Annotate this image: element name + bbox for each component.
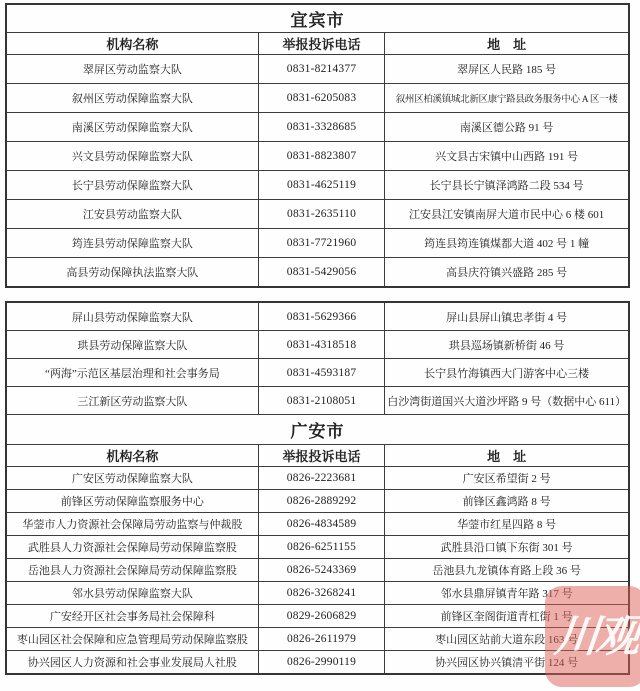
table-row: 前锋区劳动保障监察服务中心 0826-2889292 前锋区鑫鸿路 8 号 [6, 490, 629, 513]
org-name-cell: 珙县劳动保障监察大队 [6, 331, 258, 359]
table-row: 叙州区劳动保障监察大队 0831-6205083 叙州区柏溪镇城北新区康宁路县政… [6, 84, 629, 113]
address-cell: 翠屏区人民路 185 号 [385, 55, 629, 84]
org-name-cell: 高县劳动保障执法监察大队 [6, 258, 258, 288]
org-name-cell: 枣山园区社会保障和应急管理局劳动保障监察股 [6, 628, 258, 651]
phone-cell: 0831-8823807 [258, 142, 384, 171]
phone-cell: 0831-8214377 [258, 55, 384, 84]
address-cell: 兴文县古宋镇中山西路 191 号 [385, 142, 629, 171]
org-name-cell: 广安经开区社会事务局社会保障科 [6, 605, 258, 628]
header-phone: 举报投诉电话 [258, 445, 384, 467]
address-cell: 南溪区德公路 91 号 [385, 113, 629, 142]
header-address: 地 址 [385, 33, 629, 55]
table-row: 南溪区劳动保障监察大队 0831-3328685 南溪区德公路 91 号 [6, 113, 629, 142]
phone-cell: 0831-2635110 [258, 200, 384, 229]
phone-cell: 0826-4834589 [258, 513, 384, 536]
address-cell: 筠连县筠连镇煤都大道 402 号 1 幢 [385, 229, 629, 258]
address-cell: 华蓥市红星四路 8 号 [385, 513, 629, 536]
phone-cell: 0826-2990119 [258, 651, 384, 675]
city-title-row: 广安市 [6, 415, 629, 445]
header-row: 机构名称 举报投诉电话 地 址 [6, 445, 629, 467]
guangan-city-title: 广安市 [6, 415, 629, 445]
table-row: 华蓥市人力资源社会保障局劳动监察与仲裁股 0826-4834589 华蓥市红星四… [6, 513, 629, 536]
phone-cell: 0831-5429056 [258, 258, 384, 288]
address-cell: 珙县巡场镇新桥街 46 号 [385, 331, 629, 359]
address-cell: 邻水县鼎屏镇青年路 317 号 [385, 582, 629, 605]
address-cell: 屏山县屏山镇忠孝街 4 号 [385, 302, 629, 331]
header-org-name: 机构名称 [6, 445, 258, 467]
phone-cell: 0831-4318518 [258, 331, 384, 359]
org-name-cell: 协兴园区人力资源和社会事业发展局人社股 [6, 651, 258, 675]
document-sheet: 宜宾市 机构名称 举报投诉电话 地 址 翠屏区劳动监察大队 0831-82143… [0, 0, 640, 675]
table-row: 邻水县劳动保障监察大队 0826-3268241 邻水县鼎屏镇青年路 317 号 [6, 582, 629, 605]
table-gap [5, 288, 640, 301]
phone-cell: 0826-6251155 [258, 536, 384, 559]
phone-cell: 0826-2889292 [258, 490, 384, 513]
yibin-table-part1: 宜宾市 机构名称 举报投诉电话 地 址 翠屏区劳动监察大队 0831-82143… [5, 3, 630, 288]
city-title-row: 宜宾市 [6, 4, 629, 33]
address-cell: 协兴园区协兴镇清平街 124 号 [385, 651, 629, 675]
table-row: 兴文县劳动保障监察大队 0831-8823807 兴文县古宋镇中山西路 191 … [6, 142, 629, 171]
table-row: 珙县劳动保障监察大队 0831-4318518 珙县巡场镇新桥街 46 号 [6, 331, 629, 359]
table-row: 长宁县劳动保障监察大队 0831-4625119 长宁县长宁镇泽鸿路二段 534… [6, 171, 629, 200]
yibin-city-title: 宜宾市 [6, 4, 629, 33]
table-row: 三江新区劳动监察大队 0831-2108051 白沙湾街道国兴大道沙坪路 9 号… [6, 387, 629, 415]
org-name-cell: 岳池县人力资源社会保障局劳动保障监察股 [6, 559, 258, 582]
phone-cell: 0826-2223681 [258, 467, 384, 490]
phone-cell: 0826-3268241 [258, 582, 384, 605]
phone-cell: 0831-2108051 [258, 387, 384, 415]
org-name-cell: 广安区劳动保障监察大队 [6, 467, 258, 490]
address-cell: 广安区希望街 2 号 [385, 467, 629, 490]
address-cell: 江安县江安镇南屏大道市民中心 6 楼 601 [385, 200, 629, 229]
address-cell: 长宁县长宁镇泽鸿路二段 534 号 [385, 171, 629, 200]
table-row: 广安经开区社会事务局社会保障科 0829-2606829 前锋区奎阁街道青杠街 … [6, 605, 629, 628]
table-row: 广安区劳动保障监察大队 0826-2223681 广安区希望街 2 号 [6, 467, 629, 490]
header-row: 机构名称 举报投诉电话 地 址 [6, 33, 629, 55]
table-row: 协兴园区人力资源和社会事业发展局人社股 0826-2990119 协兴园区协兴镇… [6, 651, 629, 675]
table-row: “两海”示范区基层治理和社会事务局 0831-4593187 长宁县竹海镇西大门… [6, 359, 629, 387]
phone-cell: 0826-2611979 [258, 628, 384, 651]
header-address: 地 址 [385, 445, 629, 467]
phone-cell: 0829-2606829 [258, 605, 384, 628]
org-name-cell: 长宁县劳动保障监察大队 [6, 171, 258, 200]
table-row: 枣山园区社会保障和应急管理局劳动保障监察股 0826-2611979 枣山园区站… [6, 628, 629, 651]
org-name-cell: 前锋区劳动保障监察服务中心 [6, 490, 258, 513]
address-cell: 枣山园区站前大道东段 163 号 [385, 628, 629, 651]
phone-cell: 0831-4593187 [258, 359, 384, 387]
phone-cell: 0826-5243369 [258, 559, 384, 582]
org-name-cell: 筠连县劳动保障监察大队 [6, 229, 258, 258]
org-name-cell: 南溪区劳动保障监察大队 [6, 113, 258, 142]
table-image-page: { "yibin": { "title": "宜宾市", "headers": … [0, 0, 640, 691]
org-name-cell: 邻水县劳动保障监察大队 [6, 582, 258, 605]
table-row: 屏山县劳动保障监察大队 0831-5629366 屏山县屏山镇忠孝街 4 号 [6, 302, 629, 331]
header-org-name: 机构名称 [6, 33, 258, 55]
phone-cell: 0831-5629366 [258, 302, 384, 331]
address-cell: 高县庆符镇兴盛路 285 号 [385, 258, 629, 288]
table-row: 筠连县劳动保障监察大队 0831-7721960 筠连县筠连镇煤都大道 402 … [6, 229, 629, 258]
phone-cell: 0831-6205083 [258, 84, 384, 113]
org-name-cell: 江安县劳动监察大队 [6, 200, 258, 229]
org-name-cell: 武胜县人力资源社会保障局劳动保障监察股 [6, 536, 258, 559]
phone-cell: 0831-4625119 [258, 171, 384, 200]
org-name-cell: “两海”示范区基层治理和社会事务局 [6, 359, 258, 387]
address-cell: 白沙湾街道国兴大道沙坪路 9 号（数据中心 611） [385, 387, 629, 415]
address-cell: 前锋区奎阁街道青杠街 1 号 [385, 605, 629, 628]
yibin-part2-and-guangan-table: 屏山县劳动保障监察大队 0831-5629366 屏山县屏山镇忠孝街 4 号 珙… [5, 301, 630, 675]
address-cell: 叙州区柏溪镇城北新区康宁路县政务服务中心 A 区一楼 [385, 84, 629, 113]
address-cell: 长宁县竹海镇西大门游客中心三楼 [385, 359, 629, 387]
table-row: 武胜县人力资源社会保障局劳动保障监察股 0826-6251155 武胜县沿口镇下… [6, 536, 629, 559]
address-cell: 岳池县九龙镇体育路上段 36 号 [385, 559, 629, 582]
org-name-cell: 屏山县劳动保障监察大队 [6, 302, 258, 331]
phone-cell: 0831-7721960 [258, 229, 384, 258]
org-name-cell: 三江新区劳动监察大队 [6, 387, 258, 415]
address-cell: 武胜县沿口镇下东街 301 号 [385, 536, 629, 559]
table-row: 翠屏区劳动监察大队 0831-8214377 翠屏区人民路 185 号 [6, 55, 629, 84]
org-name-cell: 兴文县劳动保障监察大队 [6, 142, 258, 171]
table-row: 岳池县人力资源社会保障局劳动保障监察股 0826-5243369 岳池县九龙镇体… [6, 559, 629, 582]
phone-cell: 0831-3328685 [258, 113, 384, 142]
table-row: 高县劳动保障执法监察大队 0831-5429056 高县庆符镇兴盛路 285 号 [6, 258, 629, 288]
header-phone: 举报投诉电话 [258, 33, 384, 55]
org-name-cell: 华蓥市人力资源社会保障局劳动监察与仲裁股 [6, 513, 258, 536]
org-name-cell: 翠屏区劳动监察大队 [6, 55, 258, 84]
address-cell: 前锋区鑫鸿路 8 号 [385, 490, 629, 513]
org-name-cell: 叙州区劳动保障监察大队 [6, 84, 258, 113]
table-row: 江安县劳动监察大队 0831-2635110 江安县江安镇南屏大道市民中心 6 … [6, 200, 629, 229]
